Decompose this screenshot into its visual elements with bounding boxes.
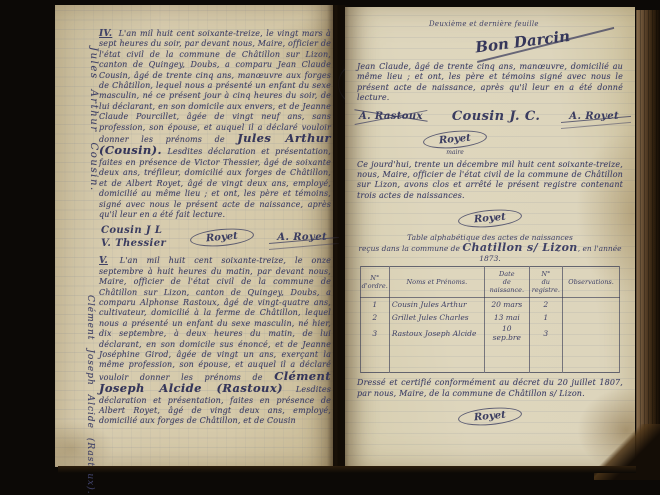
cell-date: 13 mai [484, 311, 529, 324]
column-header-date: Date de naissance. [484, 267, 529, 298]
cell-empty [562, 342, 620, 357]
act2-body: L'an mil huit cent soixante-treize, le o… [99, 256, 331, 381]
register-scan: Jules Arthur Cousin. Clément Joseph Alci… [0, 0, 660, 480]
mayor-oval-stamp-right: Royet [422, 128, 487, 150]
closing-stamp-wrap: Royet [357, 206, 623, 227]
act1-witnesses: Lesdites déclaration et présentation, fa… [99, 147, 331, 218]
column-header-ordre: N° d'ordre. [360, 267, 389, 298]
cell-empty [484, 357, 529, 373]
cell-noms: Grillet Jules Charles [389, 311, 484, 324]
act-continuation-text: Jean Claude, âgé de trente cinq ans, man… [357, 62, 623, 104]
cell-numero: 1 [529, 311, 562, 324]
cell-date: 10 sep.bre [484, 324, 529, 342]
cell-ordre: 1 [360, 298, 389, 312]
act1-signatures: Cousin J L V. Thessier Royet A. Royet [101, 225, 327, 249]
birth-index-table: N° d'ordre. Noms et Prénoms. Date de nai… [360, 266, 621, 373]
act1-signature-stack: Cousin J L V. Thessier [101, 225, 166, 249]
cell-empty [360, 357, 389, 373]
cell-noms: Rastoux Joseph Alcide [389, 324, 484, 342]
stacked-page-edges [636, 10, 660, 468]
col-date-line2: de naissance. [486, 278, 528, 294]
index-table-title: Table alphabétique des actes de naissanc… [357, 233, 623, 264]
col-num-line2: du registre. [531, 278, 561, 294]
table-row-empty [360, 342, 620, 357]
table-row: 1 Cousin Jules Arthur 20 mars 2 [360, 298, 620, 312]
cell-noms: Cousin Jules Arthur [389, 298, 484, 312]
book-gutter [327, 5, 349, 468]
col-date-line1: Date [486, 270, 528, 278]
right-signatures: A. Rastoux Cousin J. C. A. Royet [359, 109, 619, 124]
signature-cousin-jc: Cousin J. C. [452, 109, 540, 124]
table-row-empty [360, 357, 620, 373]
index-table-header: N° d'ordre. Noms et Prénoms. Date de nai… [360, 267, 620, 298]
signature-rastoux-crossed: A. Rastoux [359, 111, 423, 122]
act2-text: V. L'an mil huit cent soixante-treize, l… [99, 256, 331, 427]
left-page: Jules Arthur Cousin. Clément Joseph Alci… [55, 5, 333, 467]
column-header-observations: Observations. [562, 267, 620, 298]
table-row: 2 Grillet Jules Charles 13 mai 1 [360, 311, 620, 324]
cell-empty [389, 342, 484, 357]
col-ordre-line2: d'ordre. [362, 282, 388, 290]
index-title-place: Chatillon s/ Lizon [462, 241, 577, 254]
cell-empty [562, 357, 620, 373]
cell-empty [484, 342, 529, 357]
right-page-text-column: Deuxième et dernière feuille Bon Darcin … [357, 20, 623, 431]
act2-number: V. [99, 256, 108, 266]
certification-text: Dressé et certifié conformément au décre… [357, 378, 623, 399]
column-header-numero: N° du registre. [529, 267, 562, 298]
cell-observations [562, 324, 620, 342]
book-bottom-edge [58, 466, 636, 473]
index-title-pre: reçus dans la commune de [358, 244, 460, 253]
cell-ordre: 3 [360, 324, 389, 342]
col-num-line1: N° [531, 270, 561, 278]
col-ordre-line1: N° [362, 274, 388, 282]
act1-number: IV. [99, 29, 112, 39]
left-page-text-column: IV. L'an mil huit cent soixante-treize, … [99, 29, 331, 432]
closing-oval-stamp: Royet [457, 208, 522, 230]
table-row: 3 Rastoux Joseph Alcide 10 sep.bre 3 [360, 324, 620, 342]
cell-empty [389, 357, 484, 373]
column-header-noms: Noms et Prénoms. [389, 267, 484, 298]
cell-ordre: 2 [360, 311, 389, 324]
right-page: Deuxième et dernière feuille Bon Darcin … [345, 7, 635, 467]
cell-observations [562, 311, 620, 324]
register-closing-text: Ce jourd'hui, trente un décembre mil hui… [357, 160, 623, 202]
cell-numero: 2 [529, 298, 562, 312]
cell-numero: 3 [529, 324, 562, 342]
certification-stamp-wrap: Royet [357, 404, 623, 425]
signature-thessier: V. Thessier [101, 238, 166, 249]
signature-cousin: Cousin J L [101, 225, 166, 236]
mayor-stamp-title: maire [446, 149, 464, 156]
certification-oval-stamp: Royet [457, 405, 522, 427]
mayor-oval-stamp: Royet [189, 226, 254, 248]
cell-observations [562, 298, 620, 312]
mayor-stamp-block: Royet maire [415, 131, 495, 156]
margin-annotation-act1: Jules Arthur Cousin. [88, 47, 99, 192]
index-title-line2: reçus dans la commune de Chatillon s/ Li… [357, 243, 623, 264]
act1-text: IV. L'an mil huit cent soixante-treize, … [99, 29, 331, 220]
cell-empty [529, 357, 562, 373]
signature-royet: A. Royet [277, 232, 327, 243]
margin-annotation-act2: Clément Joseph Alcide (Rastoux). [85, 295, 95, 480]
signature-a-royet: A. Royet [569, 111, 619, 122]
act1-body: L'an mil huit cent soixante-treize, le v… [99, 29, 331, 144]
cell-empty [529, 342, 562, 357]
cell-empty [360, 342, 389, 357]
cell-date: 20 mars [484, 298, 529, 312]
